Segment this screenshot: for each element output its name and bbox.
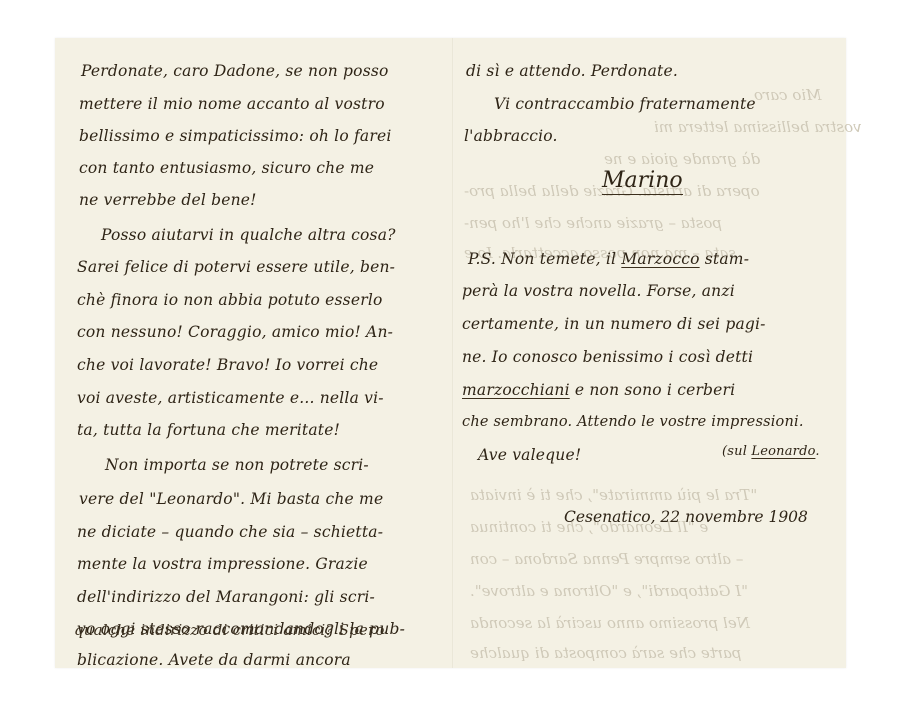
- leonardo-underlined: Leonardo: [751, 444, 815, 459]
- signature: Marino: [602, 168, 683, 195]
- marzocchiani-underlined: marzocchiani: [462, 381, 570, 399]
- aside-open: (sul: [722, 444, 751, 459]
- right-page: Mio caro vostra bellissima lettera mi dà…: [454, 38, 846, 668]
- left-line-3: bellissimo e simpaticissimo: oh lo farei: [79, 127, 392, 145]
- right-line-2: Vi contraccambio fraternamente: [494, 95, 756, 113]
- left-line-9: con nessuno! Coraggio, amico mio! An-: [77, 323, 393, 341]
- ps-line-6: che sembrano. Attendo le vostre impressi…: [462, 414, 804, 430]
- left-page: Perdonate, caro Dadone, se non posso met…: [55, 38, 452, 668]
- bleed-line-11: Nel prossimo anno uscirà la seconda: [470, 614, 750, 632]
- right-line-1: di sì e attendo. Perdonate.: [466, 62, 678, 80]
- aside-note: (sul Leonardo.: [722, 444, 820, 459]
- left-line-7: Sarei felice di potervi essere utile, be…: [77, 258, 395, 276]
- left-line-1: Perdonate, caro Dadone, se non posso: [81, 62, 389, 80]
- left-line-17: dell'indirizzo del Marangoni: gli scri-: [77, 588, 375, 606]
- ps-text-1: P.S. Non temete, il: [468, 250, 621, 268]
- left-line-14: vere del "Leonardo". Mi basta che me: [79, 490, 383, 508]
- marzocco-underlined: Marzocco: [621, 250, 699, 268]
- left-line-4: con tanto entusiasmo, sicuro che me: [79, 159, 374, 177]
- ps-line-3: certamente, in un numero di sei pagi-: [462, 315, 766, 333]
- left-line-2: mettere il mio nome accanto al vostro: [79, 95, 385, 113]
- left-line-11: voi aveste, artisticamente e... nella vi…: [77, 389, 384, 407]
- ps-line-4: ne. Io conosco benissimo i così detti: [462, 348, 753, 366]
- dateline: Cesenatico, 22 novembre 1908: [564, 508, 808, 526]
- bleed-line-3: dà grande gioia e ne: [604, 150, 760, 168]
- bleed-line-1: Mio caro: [754, 86, 822, 104]
- bleed-line-10: "I Gattopardi", e "Oltrona e altrove".: [470, 582, 748, 600]
- ps-line-7: Ave valeque!: [478, 446, 581, 464]
- bleed-line-12: parte che sarà composta di qualche: [470, 644, 741, 662]
- ps-line-5: marzocchiani e non sono i cerberi: [462, 381, 735, 399]
- left-line-6: Posso aiutarvi in qualche altra cosa?: [101, 226, 396, 244]
- ps-text-5b: e non sono i cerberi: [570, 381, 736, 399]
- left-line-15: ne diciate – quando che sia – schietta-: [77, 523, 383, 541]
- bleed-line-2: vostra bellissima lettera mi: [654, 118, 862, 136]
- left-line-16: mente la vostra impressione. Grazie: [77, 555, 368, 573]
- right-line-3: l'abbraccio.: [464, 127, 558, 145]
- ps-line-2: perà la vostra novella. Forse, anzi: [462, 282, 735, 300]
- left-line-5: ne verrebbe del bene!: [79, 191, 257, 209]
- ps-line-1: P.S. Non temete, il Marzocco stam-: [468, 250, 749, 268]
- bleed-line-5: posta – grazie anche che l'ho pen-: [464, 214, 722, 232]
- left-line-12: ta, tutta la fortuna che meritate!: [77, 421, 340, 439]
- ps-text-1b: stam-: [700, 250, 750, 268]
- bleed-line-7: "Tra le più ammirate", che ti è inviata: [470, 486, 757, 504]
- left-line-13: Non importa se non potrete scri-: [105, 456, 369, 474]
- left-line-19b: blicazione. Avete da darmi ancora: [77, 651, 351, 669]
- aside-close: .: [815, 444, 819, 459]
- left-line-20: qualche indirizzo di critici amici? Sper…: [74, 621, 385, 639]
- bleed-line-9: – altro sempre Penna Sardona – con: [470, 550, 743, 568]
- left-line-10: che voi lavorate! Bravo! Io vorrei che: [77, 356, 378, 374]
- left-line-8: chè finora io non abbia potuto esserlo: [77, 291, 383, 309]
- letter-sheet: Perdonate, caro Dadone, se non posso met…: [55, 38, 846, 668]
